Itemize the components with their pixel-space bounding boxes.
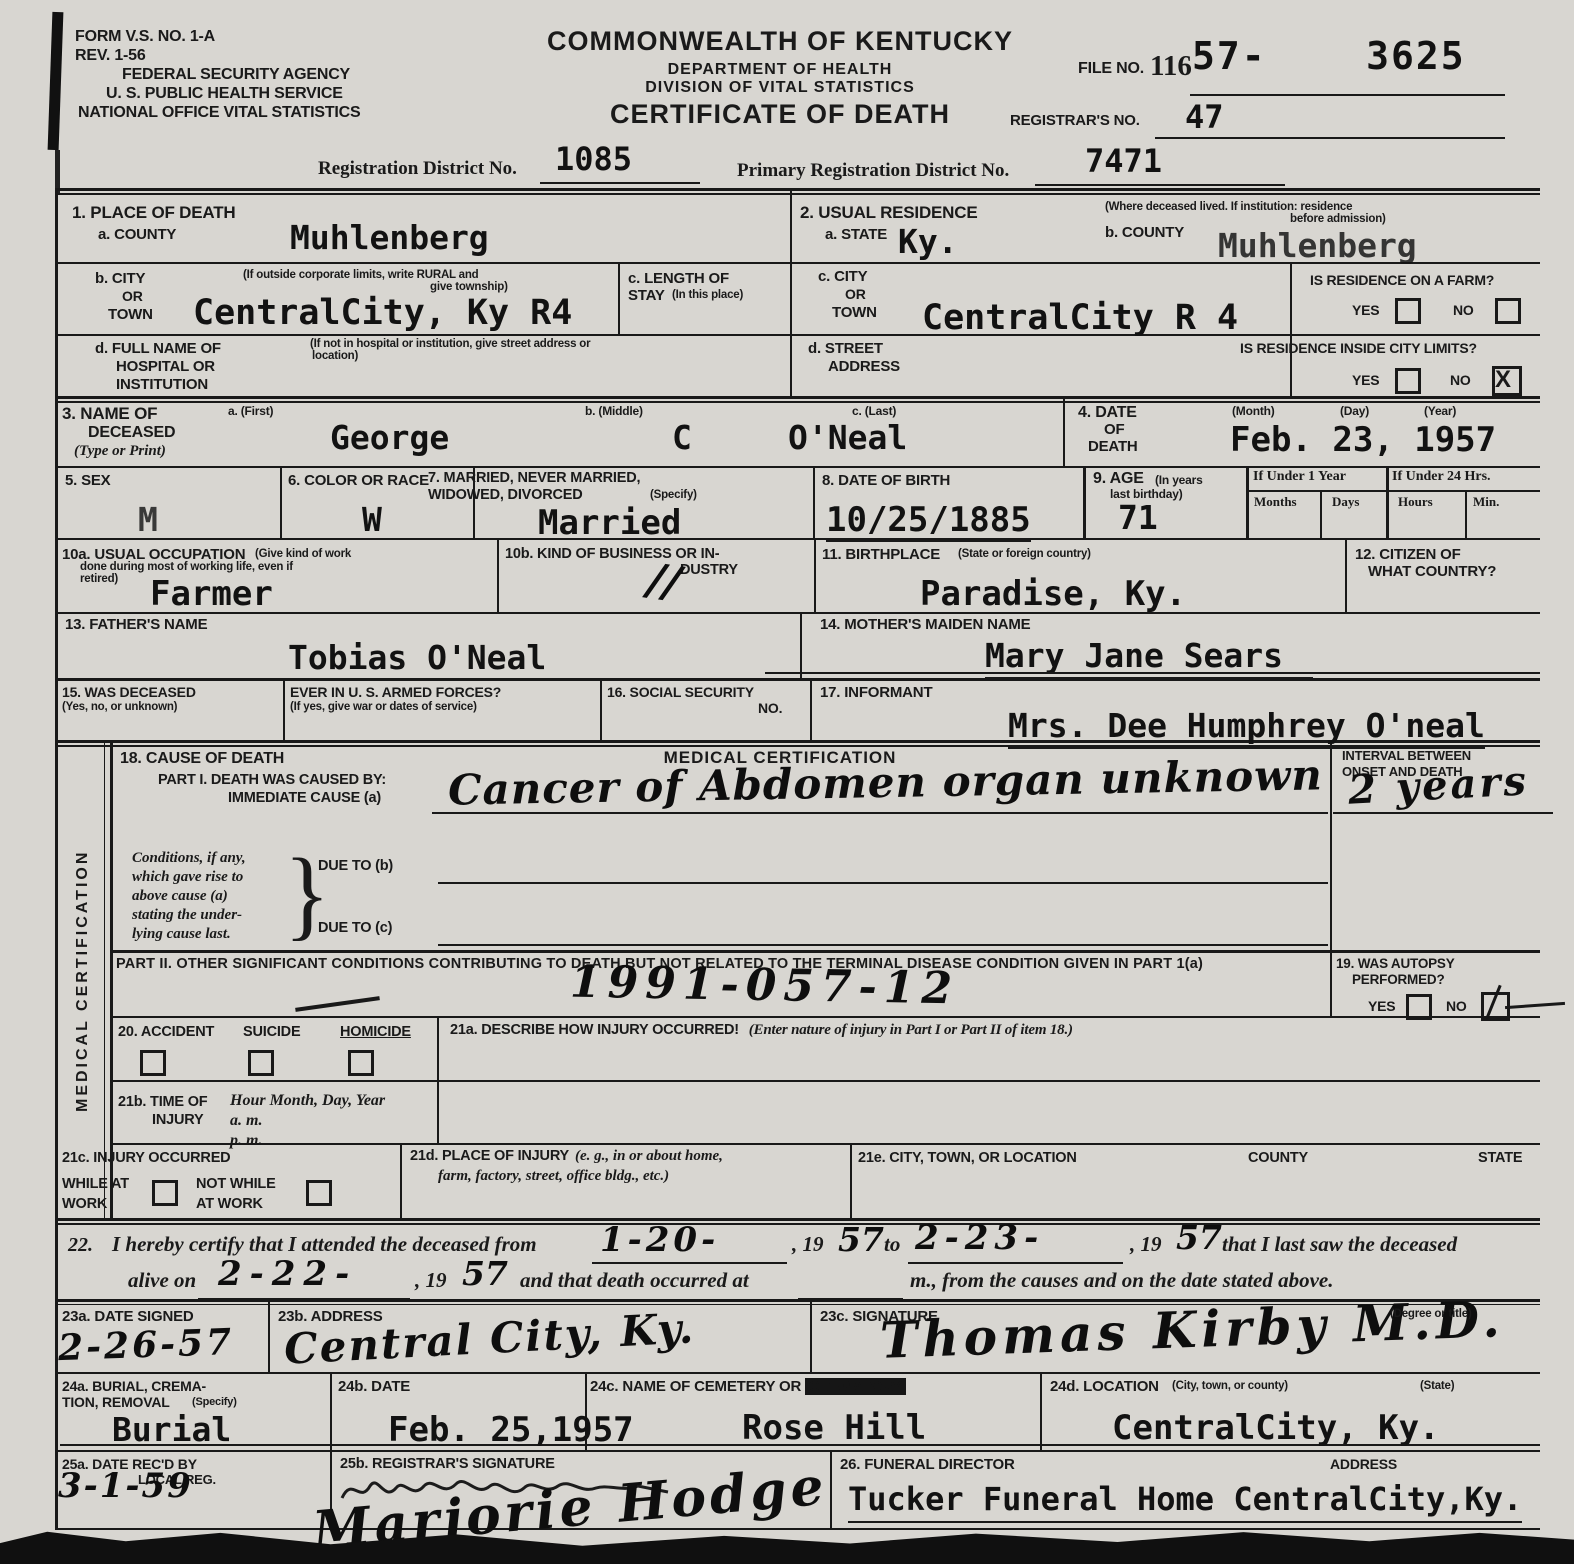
line xyxy=(55,401,1540,403)
hospital-label3: INSTITUTION xyxy=(116,376,208,393)
business-label2: DUSTRY xyxy=(680,562,738,578)
cemetery-label: 24c. NAME OF CEMETERY OR CREMATORY xyxy=(590,1378,906,1395)
autopsy-yes-checkbox xyxy=(1406,994,1432,1020)
autopsy-label: 19. WAS AUTOPSY xyxy=(1336,956,1455,971)
line xyxy=(438,944,1328,946)
month-label: (Month) xyxy=(1232,404,1275,418)
part2-value: 1991-057-12 xyxy=(570,957,960,1015)
line xyxy=(55,678,1540,681)
burial-specify-note: (Specify) xyxy=(192,1396,237,1408)
burial-location-label: 24d. LOCATION xyxy=(1050,1378,1159,1395)
death-certificate-scan: FORM V.S. NO. 1-A REV. 1-56 FEDERAL SECU… xyxy=(0,0,1574,1564)
line xyxy=(1465,490,1467,538)
line xyxy=(55,1450,1540,1452)
hospital-label: d. FULL NAME OF xyxy=(95,340,221,357)
line xyxy=(1190,94,1505,96)
line xyxy=(798,1298,903,1300)
burial-label2: TION, REMOVAL xyxy=(62,1394,170,1410)
line xyxy=(268,1302,270,1372)
ssn-label2: NO. xyxy=(758,700,782,716)
hospital-note: (If not in hospital or institution, give… xyxy=(310,338,590,350)
last-name-label: c. (Last) xyxy=(852,404,896,418)
am-note: a. m. xyxy=(230,1112,262,1130)
city-label: b. CITY xyxy=(95,270,145,287)
homicide-checkbox xyxy=(348,1050,374,1076)
interval-value: 2 years xyxy=(1347,757,1530,813)
line xyxy=(55,1218,1540,1221)
citizen-label2: WHAT COUNTRY? xyxy=(1368,563,1496,580)
line xyxy=(283,678,285,742)
autopsy-no-label: NO xyxy=(1446,998,1467,1014)
city-value: CentralCity, Ky R4 xyxy=(193,293,572,333)
burial-location-note2: (State) xyxy=(1420,1380,1454,1392)
primary-district-value: 7471 xyxy=(1085,142,1162,180)
line xyxy=(295,996,380,1012)
line xyxy=(104,740,105,1220)
line xyxy=(280,466,282,538)
date-of-death-value: Feb. 23, 1957 xyxy=(1230,420,1496,460)
conditions-note: Conditions, if any, xyxy=(132,850,246,867)
was-deceased-note: (Yes, no, or unknown) xyxy=(62,701,177,713)
burial-date-label: 24b. DATE xyxy=(338,1378,410,1395)
city-note: (If outside corporate limits, write RURA… xyxy=(243,269,479,281)
line xyxy=(540,182,700,184)
line xyxy=(790,188,792,398)
scan-edge-mark xyxy=(48,12,64,150)
immediate-cause-label: IMMEDIATE CAUSE (a) xyxy=(228,790,381,806)
injury-county-label: COUNTY xyxy=(1248,1150,1308,1166)
commonwealth-title: COMMONWEALTH OF KENTUCKY xyxy=(500,26,1060,57)
line xyxy=(618,262,620,334)
last-name-value: O'Neal xyxy=(788,418,907,457)
not-while-at-work-label: NOT WHILE xyxy=(196,1176,276,1192)
length-of-stay-note: (In this place) xyxy=(672,289,743,301)
line xyxy=(110,1080,1540,1082)
first-name-label: a. (First) xyxy=(228,404,273,418)
county-label: a. COUNTY xyxy=(98,226,176,243)
under-1-year-header: If Under 1 Year xyxy=(1253,469,1346,485)
cause-of-death-label: 18. CAUSE OF DEATH xyxy=(120,750,284,768)
length-of-stay-label: c. LENGTH OF xyxy=(628,270,729,287)
age-note: (In years xyxy=(1155,473,1203,487)
place-of-death-title: 1. PLACE OF DEATH xyxy=(72,203,235,223)
conditions-note: lying cause last. xyxy=(132,926,231,943)
hospital-label2: HOSPITAL OR xyxy=(116,358,215,375)
birthplace-note: (State or foreign country) xyxy=(958,548,1091,560)
date-of-death-title3: DEATH xyxy=(1088,438,1138,455)
time-of-injury-label2: INJURY xyxy=(152,1112,203,1128)
name-title3: (Type or Print) xyxy=(74,443,166,460)
autopsy-label2: PERFORMED? xyxy=(1352,972,1445,987)
occupation-note: retired) xyxy=(80,573,118,585)
date-signed-value: 2-26-57 xyxy=(57,1321,234,1369)
armed-forces-label: EVER IN U. S. ARMED FORCES? xyxy=(290,684,501,700)
cemetery-value: Rose Hill xyxy=(742,1408,926,1448)
not-while-at-work-label2: AT WORK xyxy=(196,1196,263,1212)
certify-text2: that I last saw the deceased xyxy=(1222,1232,1457,1257)
street-label: d. STREET xyxy=(808,340,883,357)
part1-label: PART I. DEATH WAS CAUSED BY: xyxy=(158,772,386,788)
marital-label: 7. MARRIED, NEVER MARRIED, xyxy=(428,470,640,486)
line xyxy=(1386,466,1389,538)
date-of-death-title2: OF xyxy=(1104,421,1124,438)
length-of-stay-label2: STAY xyxy=(628,287,665,304)
line xyxy=(432,812,1328,814)
pm-note: p. m. xyxy=(230,1132,262,1150)
color-race-value: W xyxy=(362,500,382,539)
to-year-value: 57 xyxy=(1176,1218,1222,1257)
fathers-name-value: Tobias O'Neal xyxy=(288,638,554,681)
year-label: (Year) xyxy=(1424,404,1456,418)
line xyxy=(55,396,1540,399)
file-no-prefix: 116 xyxy=(1150,50,1192,83)
county-value: Muhlenberg xyxy=(290,218,489,257)
division-line: DIVISION OF VITAL STATISTICS xyxy=(500,79,1060,97)
suicide-checkbox xyxy=(248,1050,274,1076)
min-header: Min. xyxy=(1473,494,1499,510)
registration-district-label: Registration District No. xyxy=(318,158,517,180)
line xyxy=(1246,466,1249,538)
describe-injury-text: 21a. DESCRIBE HOW INJURY OCCURRED! xyxy=(450,1022,739,1038)
age-value: 71 xyxy=(1118,498,1158,537)
limits-no-label: NO xyxy=(1450,372,1471,388)
accident-label: 20. ACCIDENT xyxy=(118,1024,214,1040)
limits-yes-label: YES xyxy=(1352,372,1379,388)
attended-to-value: 2-23- xyxy=(915,1218,1044,1258)
conditions-note: which gave rise to xyxy=(132,869,243,886)
day-label: (Day) xyxy=(1340,404,1369,418)
usual-residence-title: 2. USUAL RESIDENCE xyxy=(800,203,977,223)
line xyxy=(1063,396,1065,466)
certify-19: , 19 xyxy=(1130,1232,1162,1257)
citizen-label: 12. CITIZEN OF xyxy=(1355,546,1461,563)
hospital-note: location) xyxy=(312,350,358,362)
attended-from-value: 1-20- xyxy=(600,1220,719,1260)
line xyxy=(55,334,1540,336)
injury-state-label: STATE xyxy=(1478,1150,1522,1166)
date-of-birth-value: 10/25/1885 xyxy=(826,500,1031,542)
street-label2: ADDRESS xyxy=(828,358,900,375)
occupation-value: Farmer xyxy=(150,574,273,614)
torn-paper-edge xyxy=(0,1526,1574,1564)
name-title2: DECEASED xyxy=(88,424,175,442)
state-value: Ky. xyxy=(898,222,958,261)
alive-on-value: 2-22- xyxy=(218,1254,357,1294)
occupation-note: (Give kind of work xyxy=(255,548,351,560)
conditions-note: above cause (a) xyxy=(132,888,228,905)
due-to-b-label: DUE TO (b) xyxy=(318,858,393,874)
business-ditto-value: // xyxy=(645,554,684,609)
registration-district-value: 1085 xyxy=(555,140,632,178)
line xyxy=(110,740,113,1220)
line xyxy=(850,1143,852,1220)
injury-occurred-label: 21c. INJURY OCCURRED xyxy=(62,1150,230,1166)
was-deceased-label: 15. WAS DECEASED xyxy=(62,684,196,700)
birthplace-value: Paradise, Ky. xyxy=(920,574,1186,614)
place-of-injury-label: 21d. PLACE OF INJURY xyxy=(410,1148,569,1164)
line xyxy=(800,612,802,678)
city-label-or: OR xyxy=(122,288,143,304)
certify-alive-on: alive on xyxy=(128,1268,196,1293)
agency-line: U. S. PUBLIC HEALTH SERVICE xyxy=(106,85,343,103)
color-race-label: 6. COLOR OR RACE xyxy=(288,472,429,489)
funeral-director-value: Tucker Funeral Home CentralCity,Ky. xyxy=(848,1480,1522,1523)
line xyxy=(55,1528,1540,1530)
while-at-work-label: WHILE AT xyxy=(62,1176,129,1192)
time-columns-note: Hour Month, Day, Year xyxy=(230,1092,385,1110)
armed-forces-note: (If yes, give war or dates of service) xyxy=(290,701,477,713)
line xyxy=(110,1143,1540,1145)
autopsy-yes-label: YES xyxy=(1368,998,1395,1014)
age-label: 9. AGE xyxy=(1093,470,1144,488)
line xyxy=(1505,1002,1565,1009)
line xyxy=(810,678,812,742)
farm-no-checkbox xyxy=(1495,298,1521,324)
line xyxy=(55,1372,1540,1374)
primary-district-label: Primary Registration District No. xyxy=(737,160,1009,182)
degree-title-note: (Degree or title) xyxy=(1390,1308,1472,1320)
file-no-label: FILE NO. xyxy=(1078,60,1144,78)
informant-value: Mrs. Dee Humphrey O'neal xyxy=(1008,706,1485,749)
farm-yes-checkbox xyxy=(1395,298,1421,324)
line xyxy=(55,612,1540,614)
line xyxy=(438,882,1328,884)
line xyxy=(1155,137,1505,139)
marital-specify-note: (Specify) xyxy=(650,489,697,501)
while-at-work-checkbox xyxy=(152,1180,178,1206)
while-at-work-label2: WORK xyxy=(62,1196,107,1212)
burial-location-value: CentralCity, Ky. xyxy=(1112,1408,1440,1448)
funeral-director-address-label: ADDRESS xyxy=(1330,1456,1397,1472)
cemetery-crematory-struck: CREMATORY xyxy=(805,1378,906,1395)
funeral-director-label: 26. FUNERAL DIRECTOR xyxy=(840,1456,1015,1473)
line xyxy=(110,1016,1540,1018)
place-of-injury-note: farm, factory, street, office bldg., etc… xyxy=(438,1168,669,1185)
line xyxy=(1333,812,1553,814)
line xyxy=(55,193,1540,195)
limits-yes-checkbox xyxy=(1395,368,1421,394)
homicide-label: HOMICIDE xyxy=(340,1024,411,1040)
line xyxy=(813,466,815,538)
informant-label: 17. INFORMANT xyxy=(820,684,932,701)
registrars-no-value: 47 xyxy=(1185,98,1224,136)
line xyxy=(1083,466,1086,538)
farm-no-label: NO xyxy=(1453,302,1474,318)
certificate-title: CERTIFICATE OF DEATH xyxy=(500,99,1060,130)
line xyxy=(1040,1372,1042,1450)
hours-header: Hours xyxy=(1398,494,1433,510)
occupation-note: done during most of working life, even i… xyxy=(80,561,293,573)
limits-question: IS RESIDENCE INSIDE CITY LIMITS? xyxy=(1240,340,1477,356)
limits-no-x-mark: X xyxy=(1495,366,1511,394)
line xyxy=(198,1298,410,1300)
department-line: DEPARTMENT OF HEALTH xyxy=(500,61,1060,79)
line xyxy=(810,1302,812,1372)
farm-yes-label: YES xyxy=(1352,302,1379,318)
burial-label: 24a. BURIAL, CREMA- xyxy=(62,1378,206,1394)
marital-value: Married xyxy=(538,503,681,543)
burial-value: Burial xyxy=(112,1410,231,1449)
burial-date-value: Feb. 25,1957 xyxy=(388,1410,634,1450)
suicide-label: SUICIDE xyxy=(243,1024,300,1040)
certify-item-number: 22. xyxy=(68,1234,93,1257)
line xyxy=(1345,538,1347,612)
residence-county-value: Muhlenberg xyxy=(1218,226,1417,265)
line xyxy=(437,1016,439,1143)
fathers-name-label: 13. FATHER'S NAME xyxy=(65,616,207,633)
from-year-value: 57 xyxy=(838,1220,884,1259)
line xyxy=(55,538,1540,540)
file-no-value: 57- 3625 xyxy=(1192,34,1466,78)
agency-line: FEDERAL SECURITY AGENCY xyxy=(122,66,350,84)
certify-19: , 19 xyxy=(792,1232,824,1257)
line xyxy=(55,1223,1540,1225)
describe-injury-label: 21a. DESCRIBE HOW INJURY OCCURRED! (Ente… xyxy=(450,1022,1073,1039)
injury-city-label: 21e. CITY, TOWN, OR LOCATION xyxy=(858,1150,1077,1166)
line xyxy=(330,1372,332,1450)
alive-year-value: 57 xyxy=(462,1254,508,1293)
certify-to: to xyxy=(884,1232,900,1257)
residence-city-label: c. CITY xyxy=(818,268,867,285)
city-label-town: TOWN xyxy=(108,306,153,323)
agency-line: NATIONAL OFFICE VITAL STATISTICS xyxy=(78,104,360,122)
line xyxy=(1035,184,1285,186)
certify-text5: m., from the causes and on the date stat… xyxy=(910,1268,1334,1293)
city-note: give township) xyxy=(430,281,508,293)
residence-county-label: b. COUNTY xyxy=(1105,224,1184,241)
place-of-injury-note: (e. g., in or about home, xyxy=(575,1148,723,1165)
form-number: FORM V.S. NO. 1-A xyxy=(75,28,215,46)
time-of-injury-label: 21b. TIME OF xyxy=(118,1094,207,1110)
sex-label: 5. SEX xyxy=(65,472,111,489)
date-of-birth-label: 8. DATE OF BIRTH xyxy=(822,472,950,489)
line xyxy=(497,538,499,612)
accident-checkbox xyxy=(140,1050,166,1076)
line xyxy=(400,1143,402,1220)
describe-injury-note: (Enter nature of injury in Part I or Par… xyxy=(749,1022,1073,1038)
line xyxy=(814,538,816,612)
first-name-value: George xyxy=(330,418,449,457)
certify-text4: and that death occurred at xyxy=(520,1268,749,1293)
under-24-hrs-header: If Under 24 Hrs. xyxy=(1392,469,1491,485)
line xyxy=(1290,262,1292,396)
sex-value: M xyxy=(138,500,158,539)
line xyxy=(1248,490,1540,492)
name-title: 3. NAME OF xyxy=(62,404,157,424)
line xyxy=(55,188,1540,191)
ssn-label: 16. SOCIAL SECURITY xyxy=(607,684,754,700)
line xyxy=(600,678,602,742)
registrars-no-label: REGISTRAR'S NO. xyxy=(1010,112,1140,129)
business-label: 10b. KIND OF BUSINESS OR IN- xyxy=(505,546,719,562)
not-while-at-work-checkbox xyxy=(306,1180,332,1206)
middle-name-value: C xyxy=(672,418,692,457)
months-header: Months xyxy=(1254,494,1297,510)
burial-location-note: (City, town, or county) xyxy=(1172,1380,1288,1392)
middle-name-label: b. (Middle) xyxy=(585,404,643,418)
mothers-name-label: 14. MOTHER'S MAIDEN NAME xyxy=(820,616,1030,633)
days-header: Days xyxy=(1332,494,1359,510)
line xyxy=(830,1450,832,1528)
line xyxy=(1330,740,1332,1016)
residence-city-value: CentralCity R 4 xyxy=(922,298,1238,338)
due-to-c-label: DUE TO (c) xyxy=(318,920,392,936)
line xyxy=(765,672,1540,674)
farm-question: IS RESIDENCE ON A FARM? xyxy=(1310,272,1494,288)
certify-19: , 19 xyxy=(415,1268,447,1293)
residence-note: before admission) xyxy=(1290,213,1386,225)
conditions-note: stating the under- xyxy=(132,907,242,924)
marital-label2: WIDOWED, DIVORCED xyxy=(428,487,583,503)
form-revision: REV. 1-56 xyxy=(75,47,146,65)
line xyxy=(592,1262,787,1264)
line xyxy=(1320,490,1322,538)
date-received-value: 3-1-59 xyxy=(58,1466,193,1506)
birthplace-label: 11. BIRTHPLACE xyxy=(822,546,940,563)
line xyxy=(55,466,1540,468)
line xyxy=(908,1262,1123,1264)
medical-certification-side-label: MEDICAL CERTIFICATION xyxy=(62,742,104,1220)
cemetery-label-text: 24c. NAME OF CEMETERY OR xyxy=(590,1378,801,1395)
residence-note: (Where deceased lived. If institution: r… xyxy=(1105,201,1352,213)
residence-city-town: TOWN xyxy=(832,304,877,321)
date-of-death-title: 4. DATE xyxy=(1078,404,1137,422)
state-label: a. STATE xyxy=(825,226,887,243)
residence-city-or: OR xyxy=(845,286,866,302)
